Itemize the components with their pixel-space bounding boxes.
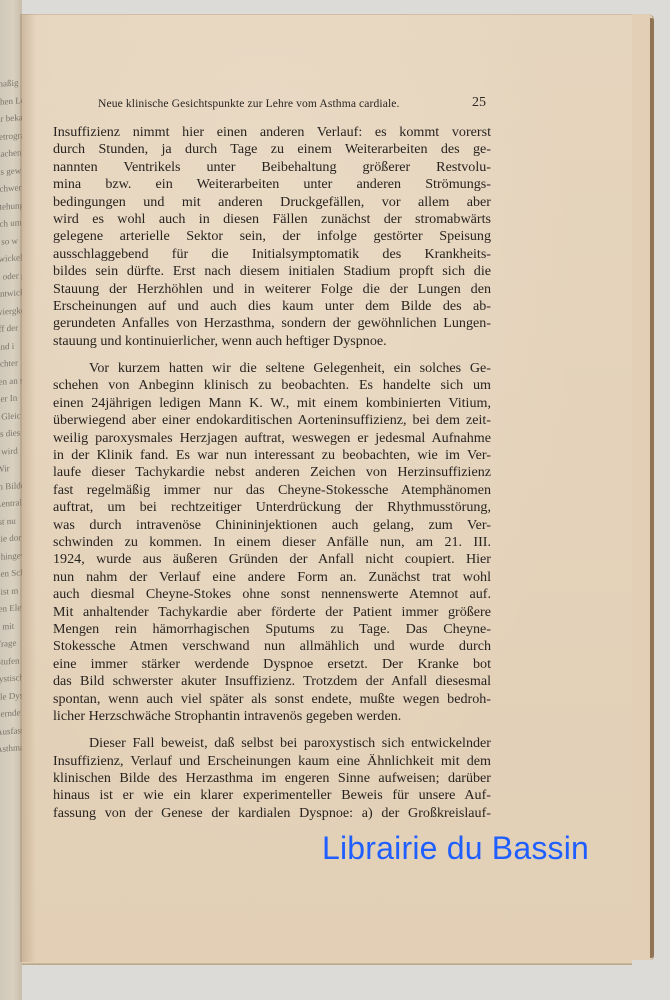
text-line: mina bzw. ein Weiterarbeiten unter ander… (53, 176, 491, 193)
text-line: stauung und kontinuierlicher, wenn auch … (53, 333, 491, 350)
text-line: bildes sein dürfte. Erst nach diesem ini… (53, 263, 491, 280)
text-line: eine immer stärker werdende Dyspnoe erse… (53, 656, 491, 673)
text-line: Mit anhaltender Tachykardie aber fördert… (53, 604, 491, 621)
facing-page-text-fragment: chen Leb (0, 94, 22, 107)
text-line: fassung von der Genese der kardialen Dys… (53, 805, 491, 822)
text-line: Insuffizienz nimmt hier einen anderen Ve… (53, 124, 491, 141)
text-line: Mengen rein hämorrhagischen Sputums zu T… (53, 621, 491, 638)
facing-page-text-fragment: achter (0, 357, 22, 370)
watermark-text: Librairie du Bassin (322, 830, 589, 867)
paragraph-3: Dieser Fall beweist, daß selbst bei paro… (53, 735, 491, 822)
paragraph-1: Insuffizienz nimmt hier einen anderen Ve… (53, 124, 491, 350)
text-line: gerundeten Anfalles von Herzasthma, sond… (53, 315, 491, 332)
facing-page-text-fragment: wiergkei (0, 304, 22, 317)
text-line: schwinden zu kommen. In einem dieser Anf… (53, 534, 491, 551)
body-text: Insuffizienz nimmt hier einen anderen Ve… (53, 124, 491, 822)
facing-page-text-fragment: e mit (0, 619, 22, 632)
text-line: nannten Ventrikels unter Beibehaltung gr… (53, 159, 491, 176)
text-line: auftrat, um bei rechtzeitiger Unterdrück… (53, 499, 491, 516)
facing-page-text-fragment: Wir (0, 462, 22, 475)
text-line: das Bild schwerster akuter Insuffizienz.… (53, 673, 491, 690)
text-line: durch Stunden, ja durch Tage zu einem We… (53, 141, 491, 158)
facing-page-text-fragment: ale Dysp (0, 689, 22, 702)
facing-page-text-fragment: schwer u (0, 182, 22, 195)
facing-page-edge: maßigchen Lebur bekanretrogranachen alus… (0, 0, 22, 1000)
facing-page-text-fragment: dernde A (0, 707, 22, 720)
facing-page-text-fragment: Ausfassun (0, 724, 22, 737)
text-line: wird es wohl auch in diesen Fällen zunäc… (53, 211, 491, 228)
facing-page-text-fragment: Frage (0, 637, 22, 650)
facing-page-text-fragment: iff der (0, 322, 22, 335)
text-line: überwiegend aber einer endokarditischen … (53, 412, 491, 429)
text-line: Dieser Fall beweist, daß selbst bei paro… (53, 735, 491, 752)
text-line: ausschlaggebend für die Initialsymptomat… (53, 246, 491, 263)
facing-page-text-fragment: der In (0, 392, 22, 405)
facing-page-text-fragment: t hingew (0, 549, 22, 562)
facing-page-text-fragment: us gewiss (0, 164, 22, 177)
text-line: licher Herzschwäche Strophantin intraven… (53, 708, 491, 725)
facing-page-text-fragment: Asthma (0, 742, 22, 755)
facing-page-text-fragment: es dies (0, 427, 22, 440)
facing-page-text-fragment: maßig (0, 77, 22, 90)
text-line: Insuffizienz, Verlauf und Erscheinungen … (53, 753, 491, 770)
text-line: laufe dieser Tachykardie nebst anderen Z… (53, 464, 491, 481)
text-line: gelegene arterielle Sektor sein, der inf… (53, 228, 491, 245)
paragraph-gap (53, 350, 491, 360)
running-head: Neue klinische Gesichtspunkte zur Lehre … (98, 97, 490, 110)
facing-page-text-fragment: r Gleic (0, 409, 22, 422)
facing-page-text-fragment: m Bilde (0, 479, 22, 492)
facing-page-text-fragment: stehungs (0, 199, 22, 212)
text-line: 1924, wurde aus äußeren Gründen der Anfa… (53, 551, 491, 568)
facing-page-text-fragment: r so w (0, 234, 22, 247)
text-line: in der Klinik fand. Es war nun interessa… (53, 447, 491, 464)
text-line: auch diesmal Cheyne-Stokes ohne sonst ne… (53, 586, 491, 603)
facing-page-text-fragment: rystisch (0, 672, 22, 685)
facing-page-text-fragment: Stufen (0, 654, 22, 667)
text-line: nun nahm der Verlauf eine andere Form an… (53, 569, 491, 586)
text-line: spontan, wenn auch viel später als sonst… (53, 691, 491, 708)
facing-page-text-fragment: , ist m (0, 584, 22, 597)
facing-page-text-fragment: und i (0, 339, 22, 352)
facing-page-text-fragment: twickeln (0, 252, 22, 265)
text-line: hinaus ist er wie ein klarer experimente… (53, 787, 491, 804)
text-line: fast regelmäßig immer nur das Cheyne-Sto… (53, 482, 491, 499)
text-line: klinischen Bilde des Herzasthma im enger… (53, 770, 491, 787)
facing-page-text-fragment: den Sche (0, 567, 22, 580)
facing-page-text-fragment: n oder g (0, 269, 22, 282)
facing-page-text-fragment: entwickl (0, 287, 22, 300)
text-line: Vor kurzem hatten wir die seltene Gelege… (53, 360, 491, 377)
page-number: 25 (472, 95, 486, 111)
book-cover-edge (650, 18, 654, 958)
text-line: was durch intravenöse Chinininjektionen … (53, 517, 491, 534)
text-line: bedingungen und mit anderen Druckgefälle… (53, 194, 491, 211)
text-line: schehen von Anbeginn klinisch zu beobach… (53, 377, 491, 394)
facing-page-text-fragment: - wird (0, 444, 22, 457)
paragraph-gap (53, 725, 491, 735)
text-line: Stokessche Atmen verschwand nun allmähli… (53, 638, 491, 655)
facing-page-text-fragment: retrogra (0, 129, 22, 142)
facing-page-text-fragment: nachen al (0, 147, 22, 160)
facing-page-text-fragment: ur bekan (0, 112, 22, 125)
facing-page-text-fragment: die dor (0, 532, 22, 545)
facing-page-text-fragment: ten Elem (0, 602, 22, 615)
text-line: Erscheinungen auf und auch dies kaum unt… (53, 298, 491, 315)
facing-page-text-fragment: len an s (0, 374, 22, 387)
text-line: Stauung der Herzhöhlen und in weiterer F… (53, 281, 491, 298)
facing-page-text-fragment: ist nu (0, 514, 22, 527)
text-line: weilig paroxysmales Herzjagen auftrat, w… (53, 430, 491, 447)
text-line: einen 24jährigen ledigen Mann K. W., mit… (53, 395, 491, 412)
paragraph-2: Vor kurzem hatten wir die seltene Gelege… (53, 360, 491, 725)
facing-page-text-fragment: Lentralst (0, 497, 22, 510)
facing-page-text-fragment: sch um (0, 217, 22, 230)
